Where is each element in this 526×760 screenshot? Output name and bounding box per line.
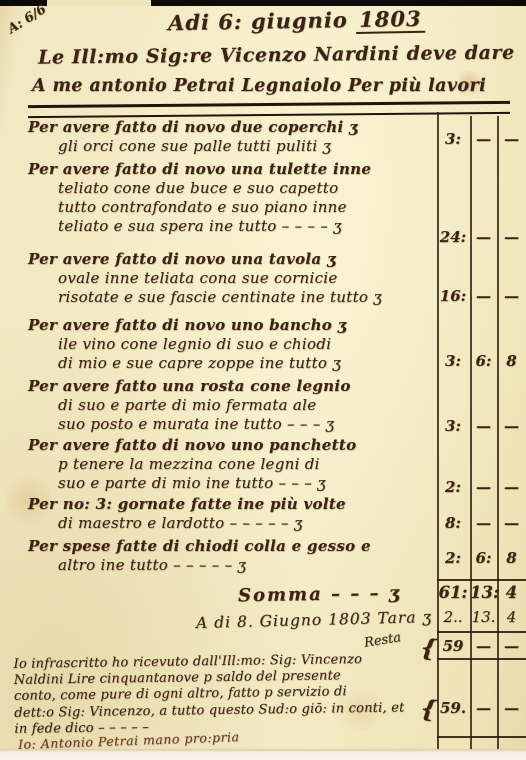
amount-row: 3: 6: 8 [437,352,526,372]
entry-line: teliato e sua spera ine tutto – – – – ʒ [58,217,432,236]
receipt-soldi: — [470,699,497,717]
amount-lire: 2: [437,549,469,567]
manuscript-page: A: 6/6 Adi 6: giugnio 1803 Le Ill:mo Sig… [0,0,526,760]
amount-lire: 24: [437,228,469,246]
amount-soldi: — [470,514,497,532]
header-date-text: Adi 6: giugnio [168,7,348,35]
tara-label: A di 8. Giugno 1803 Tara ʒ [196,608,433,632]
entry-line: Per spese fatte di chiodi colla e gesso … [28,537,432,556]
resta-rule [437,658,526,660]
header-creditor-line: A me antonio Petrai Legnaiolo Per più la… [32,76,526,96]
entry-line: Per avere fatto di novo due coperchi ʒ [28,118,432,137]
somma-denari: 4 [497,583,526,602]
amount-soldi: 6: [470,549,497,567]
entry-line: altro ine tutto – – – – – ʒ [58,556,432,575]
amount-denari: 8 [497,549,526,567]
amount-row: 16: — — [437,287,526,307]
entry-line: di maestro e lardotto – – – – – ʒ [58,514,432,533]
ledger-entry: Per no: 3: gornate fatte ine più volte d… [28,495,432,533]
entry-line: ovale inne teliata cona sue cornicie [58,269,432,288]
entry-line: tutto contrafondato e suo piano inne [58,198,432,217]
amount-lire: 8: [437,514,469,532]
receipt-denari: — [497,699,526,717]
entry-line: teliato cone due buce e suo capetto [58,179,432,198]
ledger-entry: Per avere fatto di novo uno panchetto p … [28,436,432,493]
closing-rule [437,736,526,738]
amount-soldi: 6: [470,352,497,370]
entry-line: Per avere fatto di novo una tavola ʒ [28,250,432,269]
amount-soldi: — [470,228,497,246]
amount-denari: — [497,514,526,532]
amount-denari: — [497,417,526,435]
amount-lire: 16: [437,287,469,305]
amount-lire: 3: [437,417,469,435]
entry-line: suo e parte di mio ine tutto – – – ʒ [58,474,432,493]
brace-flourish: { [419,693,438,724]
receipt-amount-row: 59. — — [437,699,526,719]
amount-soldi: — [470,287,497,305]
amount-lire: 3: [437,352,469,370]
ledger-entry: Per avere fatto di novo due coperchi ʒ g… [28,118,432,156]
resta-denari: — [497,637,526,655]
somma-label: Somma – – – ʒ [238,583,401,607]
entry-line: p tenere la mezzina cone legni di [58,455,432,474]
entry-line: di mio e sue capre zoppe ine tutto ʒ [58,354,432,373]
ledger-entry: Per avere fatto di novo una tavola ʒ ova… [28,250,432,307]
tara-row: 2.. 13. 4 [437,608,526,628]
header-date: Adi 6: giugnio 1803 [168,6,425,35]
tara-denari: 4 [497,608,526,626]
tara-lire: 2.. [437,608,469,626]
receipt-lire: 59. [437,699,469,717]
resta-lire: 59 [437,637,469,655]
entry-line: Per avere fatto di novo una tulette inne [28,160,432,179]
entry-line: ile vino cone legnio di suo e chiodi [58,335,432,354]
amount-row: 8: — — [437,514,526,534]
header-debtor-line: Le Ill:mo Sig:re Vicenzo Nardini deve da… [38,41,526,68]
amount-denari: — [497,228,526,246]
entry-line: di suo e parte di mio fermata ale [58,396,432,415]
resta-row: 59 — — [437,637,526,657]
scan-edge-bottom [0,749,526,760]
amount-row: 3: — — [437,130,526,150]
tara-rule [437,631,526,633]
tara-soldi: 13. [470,608,497,626]
ledger-entry: Per avere fatto di novo una tulette inne… [28,160,432,236]
amount-denari: — [497,287,526,305]
scan-edge-top-notch [47,0,151,6]
corner-note: A: 6/6 [5,2,49,37]
amount-row: 2: — — [437,478,526,498]
entry-line: suo posto e murata ine tutto – – – ʒ [58,415,432,434]
ledger-entry: Per spese fatte di chiodi colla e gesso … [28,537,432,575]
ledger-entry: Per avere fatto di novo uno bancho ʒ ile… [28,316,432,373]
receipt-paragraph: Io infrascritto ho ricevuto dall'Ill:mo:… [13,651,424,738]
somma-lire: 61: [437,583,469,602]
amount-denari: — [497,130,526,148]
entry-line: Per no: 3: gornate fatte ine più volte [28,495,432,514]
amount-row: 24: — — [437,228,526,248]
amount-soldi: — [470,130,497,148]
entry-line: risotate e sue fascie centinate ine tutt… [58,288,432,307]
resta-soldi: — [470,637,497,655]
entry-line: Per avere fatto di novo uno panchetto [28,436,432,455]
resta-label: Resta [363,630,402,651]
entry-line: Per avere fatto una rosta cone legnio [28,377,432,396]
amount-denari: — [497,478,526,496]
amount-lire: 2: [437,478,469,496]
amount-soldi: — [470,417,497,435]
amount-denari: 8 [497,352,526,370]
entry-line: gli orci cone sue palle tutti puliti ʒ [58,137,432,156]
header-date-year: 1803 [356,6,425,34]
somma-row: 61: 13: 4 [437,583,526,603]
amount-row: 3: — — [437,417,526,437]
somma-soldi: 13: [470,583,497,602]
ledger-entry: Per avere fatto una rosta cone legnio di… [28,377,432,434]
amount-soldi: — [470,478,497,496]
amount-lire: 3: [437,130,469,148]
entry-line: Per avere fatto di novo uno bancho ʒ [28,316,432,335]
amount-row: 2: 6: 8 [437,549,526,569]
total-rule [437,579,526,581]
